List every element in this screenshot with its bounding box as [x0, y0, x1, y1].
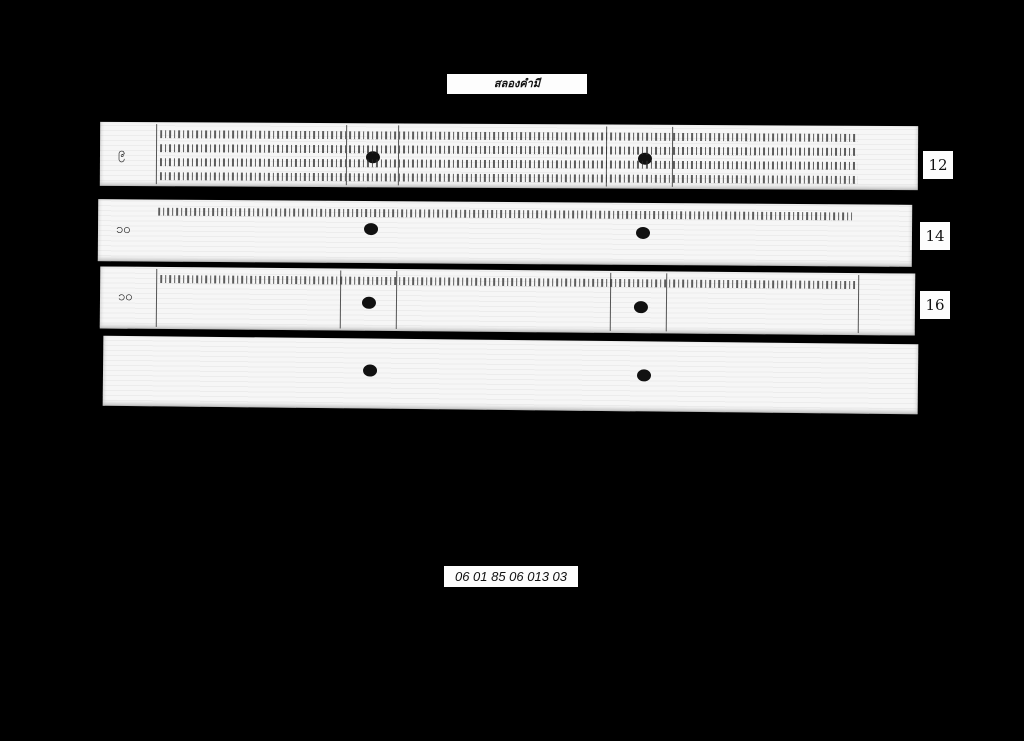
palm-leaf-2: ၁၀ — [98, 199, 912, 267]
string-hole — [636, 227, 650, 239]
leaf-number: ၁၀ — [118, 288, 133, 307]
leaf-number: ၉ — [118, 144, 125, 163]
leaf-number: ၁၀ — [116, 221, 131, 240]
string-hole — [362, 297, 376, 309]
string-hole — [364, 223, 378, 235]
catalog-code-label: 06 01 85 06 013 03 — [444, 566, 578, 587]
palm-leaf-3: ၁၀ — [100, 266, 916, 335]
palm-leaf-1: ၉ — [100, 122, 918, 190]
string-hole — [363, 364, 377, 376]
leaf-texture — [103, 336, 919, 415]
page-number-label: 12 — [923, 151, 953, 179]
manuscript-title-label: สลองคำมี — [447, 74, 587, 94]
page-number-label: 14 — [920, 222, 950, 250]
page-number-label: 16 — [920, 291, 950, 319]
palm-leaf-4 — [103, 336, 919, 415]
string-hole — [634, 301, 648, 313]
string-hole — [637, 369, 651, 381]
